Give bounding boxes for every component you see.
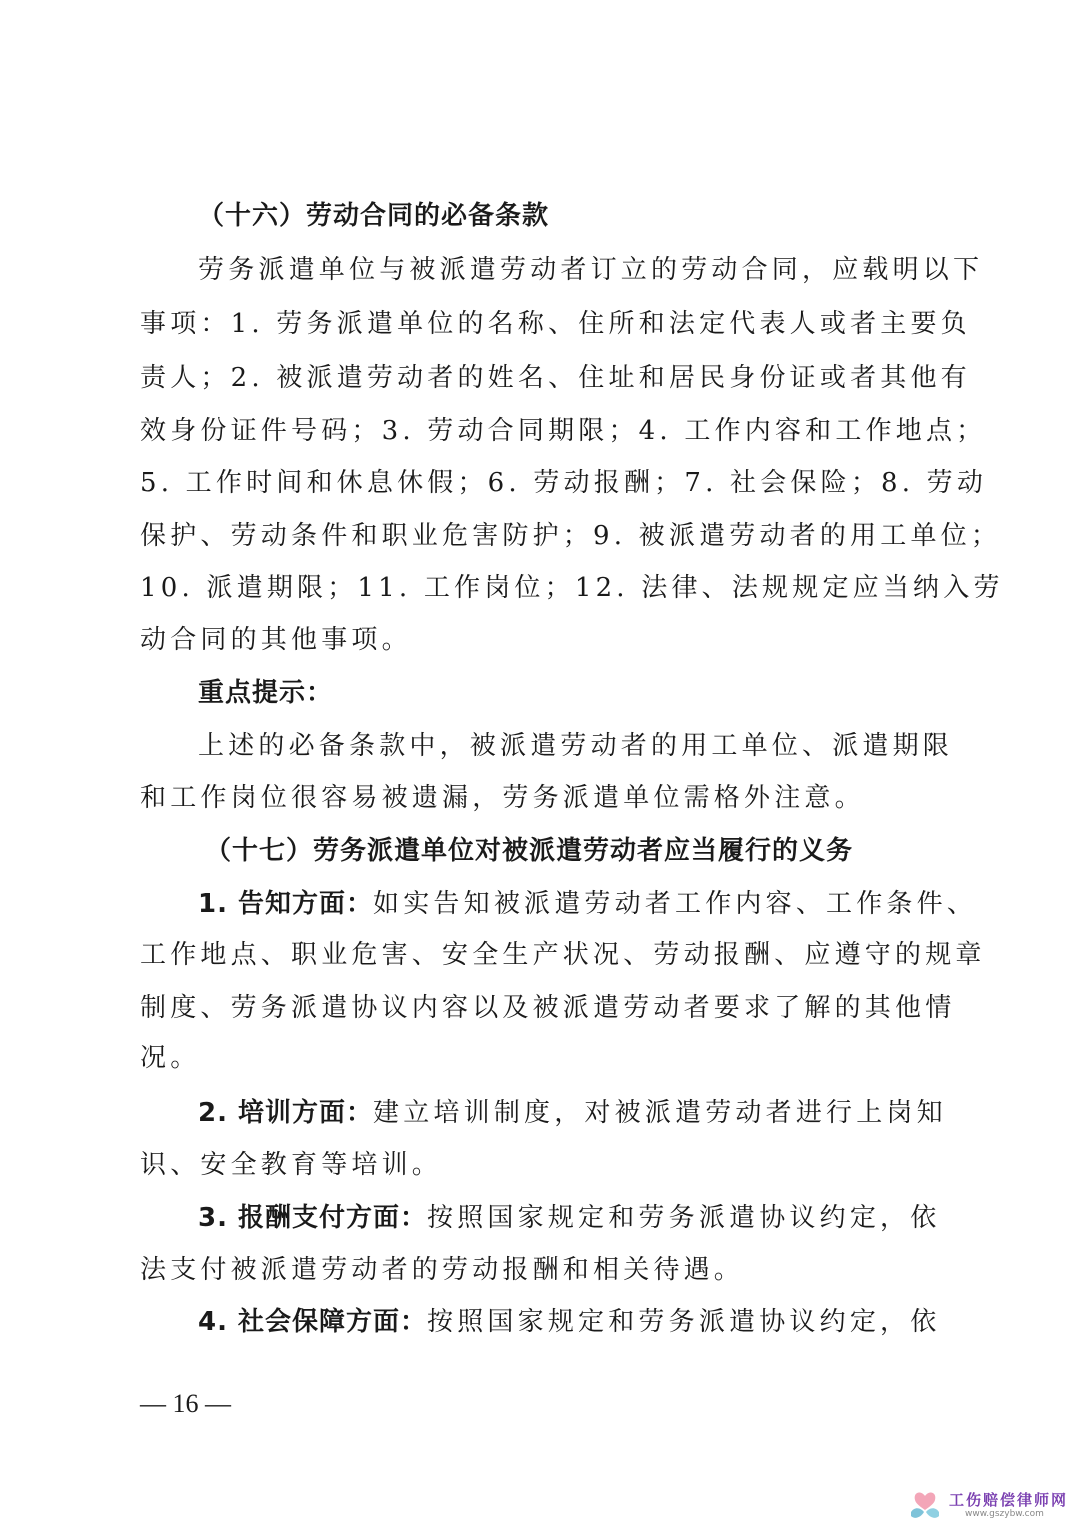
obligation-text: 如实告知被派遣劳动者工作内容、工作条件、 [373,889,977,919]
obligation-text: 按照国家规定和劳务派遣协议约定，依 [427,1203,940,1233]
obligation-item-3: 3. 报酬支付方面：按照国家规定和劳务派遣协议约定，依 [198,1200,998,1236]
butterfly-heart-logo-icon [907,1490,943,1522]
obligation-item-1: 1. 告知方面：如实告知被派遣劳动者工作内容、工作条件、 [198,886,998,922]
paragraph-line: 保护、劳动条件和职业危害防护；9. 被派遣劳动者的用工单位； [140,518,940,554]
paragraph-line: 工作地点、职业危害、安全生产状况、劳动报酬、应遵守的规章 [140,937,940,973]
tip-line: 上述的必备条款中，被派遣劳动者的用工单位、派遣期限 [198,728,998,764]
obligation-label: 1. 告知方面： [198,889,373,919]
key-tip-heading: 重点提示： [198,675,998,711]
page-number: — 16 — [140,1386,231,1422]
paragraph-line: 责人；2. 被派遣劳动者的姓名、住址和居民身份证或者其他有 [140,360,940,396]
obligation-text: 建立培训制度，对被派遣劳动者进行上岗知 [373,1098,947,1128]
watermark-title: 工伤赔偿律师网 [949,1489,1068,1510]
paragraph-line: 5. 工作时间和休息休假；6. 劳动报酬；7. 社会保险；8. 劳动 [140,465,940,501]
watermark: 工伤赔偿律师网 www.gszybw.com [905,1488,1080,1527]
obligation-item-2: 2. 培训方面：建立培训制度，对被派遣劳动者进行上岗知 [198,1095,998,1131]
obligation-label: 3. 报酬支付方面： [198,1203,427,1233]
section-16-heading: （十六）劳动合同的必备条款 [198,198,998,234]
section-17-heading: （十七）劳务派遣单位对被派遣劳动者应当履行的义务 [205,833,1005,869]
watermark-url: www.gszybw.com [965,1509,1044,1519]
obligation-text: 按照国家规定和劳务派遣协议约定，依 [427,1307,940,1337]
paragraph-line: 效身份证件号码；3. 劳动合同期限；4. 工作内容和工作地点； [140,413,940,449]
paragraph-line: 劳务派遣单位与被派遣劳动者订立的劳动合同，应载明以下 [198,252,998,288]
obligation-label: 4. 社会保障方面： [198,1307,427,1337]
paragraph-line: 制度、劳务派遣协议内容以及被派遣劳动者要求了解的其他情 [140,990,940,1026]
document-page: （十六）劳动合同的必备条款 劳务派遣单位与被派遣劳动者订立的劳动合同，应载明以下… [0,0,1080,1527]
paragraph-line: 10. 派遣期限；11. 工作岗位；12. 法律、法规规定应当纳入劳 [140,570,940,606]
obligation-label: 2. 培训方面： [198,1098,373,1128]
paragraph-line: 事项：1. 劳务派遣单位的名称、住所和法定代表人或者主要负 [140,306,940,342]
paragraph-line: 动合同的其他事项。 [140,622,940,658]
paragraph-line: 况。 [140,1040,940,1076]
paragraph-line: 识、安全教育等培训。 [140,1147,940,1183]
paragraph-line: 法支付被派遣劳动者的劳动报酬和相关待遇。 [140,1252,940,1288]
tip-line: 和工作岗位很容易被遗漏，劳务派遣单位需格外注意。 [140,780,940,816]
obligation-item-4: 4. 社会保障方面：按照国家规定和劳务派遣协议约定，依 [198,1304,998,1340]
